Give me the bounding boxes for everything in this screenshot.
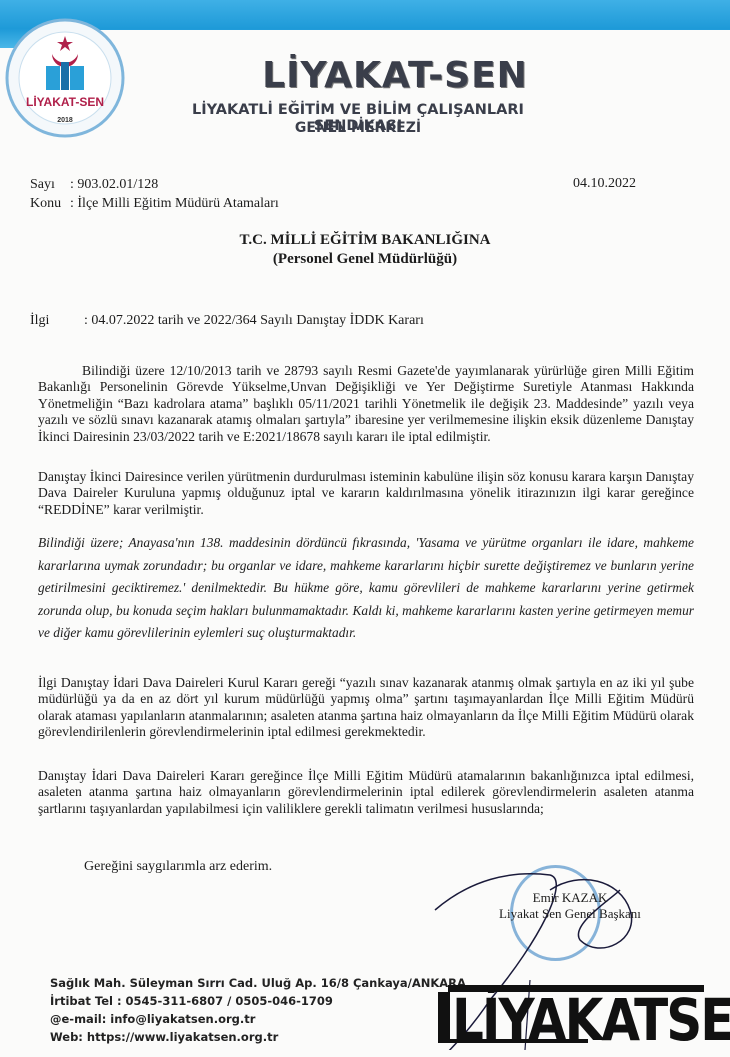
footer-phone: İrtibat Tel : 0545-311-6807 / 0505-046-1… — [50, 992, 466, 1010]
body-paragraph: Bilindiği üzere 12/10/2013 tarih ve 2879… — [38, 363, 694, 445]
reference-number: Sayı: 903.02.01/128 — [30, 176, 158, 194]
wordmark-underline — [438, 1039, 588, 1043]
subject: Konu: İlçe Milli Eğitim Müdürü Atamaları — [30, 195, 279, 213]
org-unit: GENEL MERKEZİ — [148, 120, 568, 136]
wordmark-text: LİYAKATSEN — [452, 987, 730, 1054]
wordmark-side-bar — [438, 992, 450, 1042]
svg-text:LİYAKAT-SEN: LİYAKAT-SEN — [26, 94, 104, 109]
body-paragraph: İlgi Danıştay İdari Dava Daireleri Kurul… — [38, 675, 694, 741]
addressee-subtitle: (Personel Genel Müdürlüğü) — [0, 251, 730, 268]
signatory-title: Liyakat Sen Genel Başkanı — [470, 906, 670, 922]
body-paragraph: Danıştay İdari Dava Daireleri Kararı ger… — [38, 768, 694, 817]
reference-number-value: : 903.02.01/128 — [70, 177, 158, 192]
reference-label: İlgi — [30, 313, 84, 329]
signatory-name: Emir KAZAK — [470, 890, 670, 906]
body-paragraph: Danıştay İkinci Dairesince verilen yürüt… — [38, 469, 694, 518]
svg-text:2018: 2018 — [57, 117, 73, 124]
document-date: 04.10.2022 — [573, 176, 636, 192]
footer-email[interactable]: @e-mail: info@liyakatsen.org.tr — [50, 1010, 466, 1028]
reference-value: : 04.07.2022 tarih ve 2022/364 Sayılı Da… — [84, 313, 424, 328]
brand-wordmark: LİYAKATSEN — [438, 985, 706, 1045]
reference-number-label: Sayı — [30, 176, 70, 194]
reference-line: İlgi: 04.07.2022 tarih ve 2022/364 Sayıl… — [30, 313, 424, 329]
body-paragraph-italic: Bilindiği üzere; Anayasa'nın 138. maddes… — [38, 532, 694, 645]
subject-value: : İlçe Milli Eğitim Müdürü Atamaları — [70, 196, 279, 211]
footer-website[interactable]: Web: https://www.liyakatsen.org.tr — [50, 1028, 466, 1046]
org-name: LİYAKAT-SEN — [0, 55, 730, 96]
contact-info: Sağlık Mah. Süleyman Sırrı Cad. Uluğ Ap.… — [50, 974, 466, 1046]
closing-line: Gereğini saygılarımla arz ederim. — [84, 859, 272, 875]
subject-label: Konu — [30, 195, 70, 213]
addressee-title: T.C. MİLLİ EĞİTİM BAKANLIĞINA — [0, 232, 730, 249]
footer-address: Sağlık Mah. Süleyman Sırrı Cad. Uluğ Ap.… — [50, 974, 466, 992]
signatory: Emir KAZAK Liyakat Sen Genel Başkanı — [470, 890, 670, 922]
